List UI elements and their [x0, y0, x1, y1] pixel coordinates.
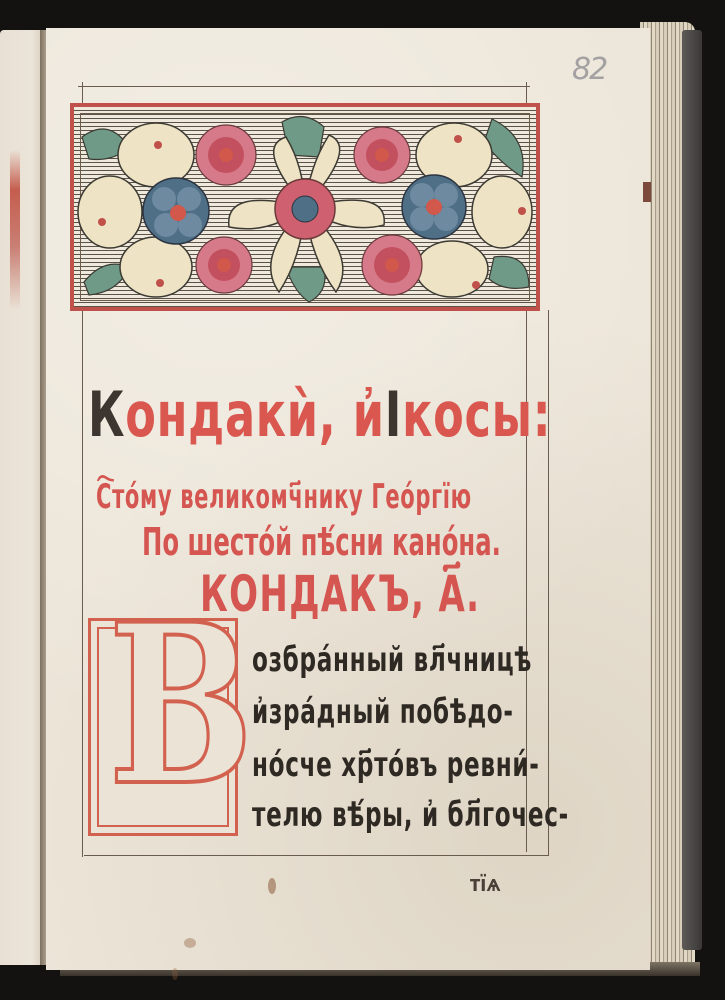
subtitle-sixth-ode: По шесто́й пѣ́сни кано́на.: [142, 520, 501, 564]
floral-ornament-icon: [74, 107, 536, 307]
title-initial-i: І: [385, 378, 402, 451]
ink-stain: [268, 878, 276, 894]
floral-headpiece: [70, 103, 540, 311]
catchword: тїѧ: [470, 872, 501, 897]
body-line-3: но́сче хр҃то́въ ревни́-: [252, 745, 540, 785]
title-red-part-2: косы:: [402, 378, 551, 451]
ink-stain: [184, 938, 196, 948]
drop-initial-letter: В: [108, 595, 217, 815]
book-cover-edge: [682, 30, 702, 950]
title-kondaki-ikosy: Кондакѝ, и҆Ікосы:: [88, 378, 551, 451]
subtitle-saint-george: С҇то́му великомч҃нику Гео́ргїю: [96, 477, 472, 517]
title-red-part-1: ондакѝ, и҆: [125, 378, 385, 451]
body-line-4: телю вѣ́ры, и҆ бл҃гочес-: [252, 795, 569, 835]
page-tab-marker: [643, 182, 651, 202]
ruling-bottom: [84, 855, 549, 856]
red-ink-stain: [10, 150, 20, 310]
body-line-2: и҆зра́дный побѣдо-: [252, 692, 514, 732]
folio-number: 82: [572, 52, 606, 87]
body-line-1: озбра́нный вл҃чницѣ: [252, 640, 532, 680]
title-initial-k: К: [88, 378, 125, 451]
ruling-top: [78, 86, 530, 87]
drop-initial-frame: В: [88, 618, 238, 836]
ink-stain: [172, 968, 178, 980]
